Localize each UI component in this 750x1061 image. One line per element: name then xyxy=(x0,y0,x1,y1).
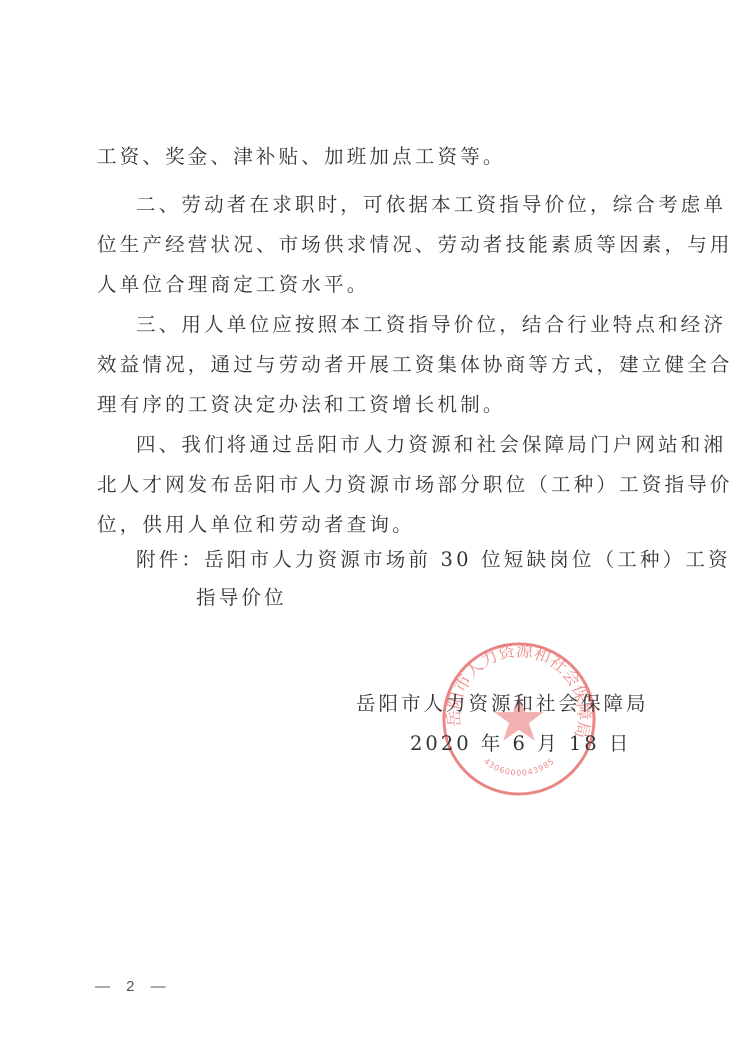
paragraph-line: 人单位合理商定工资水平。 xyxy=(97,265,369,305)
paragraph-line: 二、劳动者在求职时，可依据本工资指导价位，综合考虑单 xyxy=(136,185,726,225)
document-page: 工资、奖金、津补贴、加班加点工资等。 二、劳动者在求职时，可依据本工资指导价位，… xyxy=(0,0,750,1061)
paragraph-line: 位生产经营状况、市场供求情况、劳动者技能素质等因素，与用 xyxy=(97,225,733,265)
svg-text:4306000043985: 4306000043985 xyxy=(482,756,556,777)
attachment-line: 附件：岳阳市人力资源市场前 30 位短缺岗位（工种）工资 xyxy=(136,540,731,580)
official-seal-icon: 岳阳市人力资源和社会保障局 4306000043985 xyxy=(440,640,598,798)
paragraph-line: 四、我们将通过岳阳市人力资源和社会保障局门户网站和湘 xyxy=(136,425,726,465)
paragraph-line: 效益情况，通过与劳动者开展工资集体协商等方式，建立健全合 xyxy=(97,345,733,385)
paragraph-line: 位，供用人单位和劳动者查询。 xyxy=(97,505,415,545)
page-number: — 2 — xyxy=(95,978,172,995)
attachment-line: 指导价位 xyxy=(196,578,287,618)
paragraph-line: 工资、奖金、津补贴、加班加点工资等。 xyxy=(97,137,506,177)
signature-date: 2020 年 6 月 18 日 xyxy=(410,728,631,756)
paragraph-line: 理有序的工资决定办法和工资增长机制。 xyxy=(97,385,506,425)
paragraph-line: 三、用人单位应按照本工资指导价位，结合行业特点和经济 xyxy=(136,305,726,345)
paragraph-line: 北人才网发布岳阳市人力资源市场部分职位（工种）工资指导价 xyxy=(97,465,733,505)
signature-organization: 岳阳市人力资源和社会保障局 xyxy=(356,688,649,716)
